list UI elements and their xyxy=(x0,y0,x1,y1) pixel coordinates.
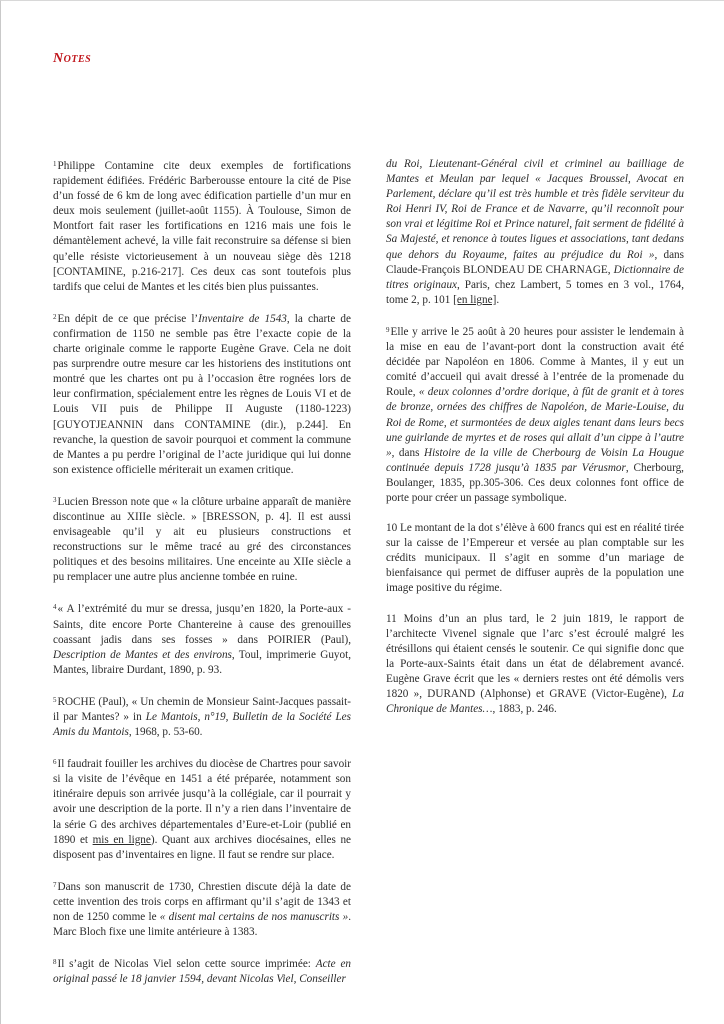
right-column: du Roi, Lieutenant-Général civil et crim… xyxy=(386,157,684,732)
footnote-text: En dépit de ce que précise l’ xyxy=(58,313,199,325)
footnote-10: 10 Le montant de la dot s’élève à 600 fr… xyxy=(386,521,684,596)
footnote-number: 7 xyxy=(53,881,57,889)
footnote-text: , 1883, p. 246. xyxy=(492,703,556,715)
footnote-text: . xyxy=(496,294,499,306)
footnote-text: Il s’agit de Nicolas Viel selon cette so… xyxy=(58,958,316,970)
footnote-text: Moins d’un an plus tard, le 2 juin 1819,… xyxy=(386,613,684,700)
footnote-quote: « disent mal certains de nos manuscrits … xyxy=(160,911,348,923)
mis-en-ligne-link[interactable]: mis en ligne xyxy=(93,834,151,846)
footnote-number: 11 xyxy=(386,613,397,625)
footnote-number: 3 xyxy=(53,496,57,504)
footnote-5: 5ROCHE (Paul), « Un chemin de Monsieur S… xyxy=(53,693,351,740)
footnote-9: 9Elle y arrive le 25 août à 20 heures po… xyxy=(386,323,684,506)
footnote-number: 10 xyxy=(386,522,397,534)
footnote-8-continued: du Roi, Lieutenant-Général civil et crim… xyxy=(386,157,684,308)
footnote-title: Description de Mantes et des environs xyxy=(53,649,232,661)
footnote-quote: du Roi, Lieutenant-Général civil et crim… xyxy=(386,158,684,261)
footnote-text: « A l’extrémité du mur se dressa, jusqu’… xyxy=(53,603,351,645)
footnote-number: 9 xyxy=(386,326,390,334)
footnote-text: , dans xyxy=(392,447,424,459)
page-title: Notes xyxy=(53,51,91,67)
footnote-number: 2 xyxy=(53,313,57,321)
footnote-number: 1 xyxy=(53,160,57,168)
footnote-number: 8 xyxy=(53,958,57,966)
footnote-2: 2En dépit de ce que précise l’Inventaire… xyxy=(53,310,351,478)
footnote-1: 1Philippe Contamine cite deux exemples d… xyxy=(53,157,351,295)
footnote-number: 4 xyxy=(53,603,57,611)
footnote-text: Le montant de la dot s’élève à 600 franc… xyxy=(386,522,684,594)
footnote-8: 8Il s’agit de Nicolas Viel selon cette s… xyxy=(53,955,351,987)
footnote-6: 6Il faudrait fouiller les archives du di… xyxy=(53,755,351,863)
footnote-text: Lucien Bresson note que « la clôture urb… xyxy=(53,496,351,583)
footnote-7: 7Dans son manuscrit de 1730, Chrestien d… xyxy=(53,878,351,940)
footnote-text: , 1968, p. 53-60. xyxy=(129,726,203,738)
footnote-title: Inventaire de 1543 xyxy=(198,313,287,325)
en-ligne-link[interactable]: [en ligne] xyxy=(453,294,496,306)
footnote-text: , la charte de confirmation de 1150 ne s… xyxy=(53,313,351,476)
footnote-11: 11 Moins d’un an plus tard, le 2 juin 18… xyxy=(386,612,684,718)
footnote-4: 4« A l’extrémité du mur se dressa, jusqu… xyxy=(53,600,351,677)
footnote-3: 3Lucien Bresson note que « la clôture ur… xyxy=(53,493,351,586)
footnote-number: 5 xyxy=(53,696,57,704)
footnote-text: Il faudrait fouiller les archives du dio… xyxy=(53,758,351,845)
left-column: 1Philippe Contamine cite deux exemples d… xyxy=(53,157,351,1002)
footnote-text: Philippe Contamine cite deux exemples de… xyxy=(53,160,351,293)
footnote-number: 6 xyxy=(53,758,57,766)
